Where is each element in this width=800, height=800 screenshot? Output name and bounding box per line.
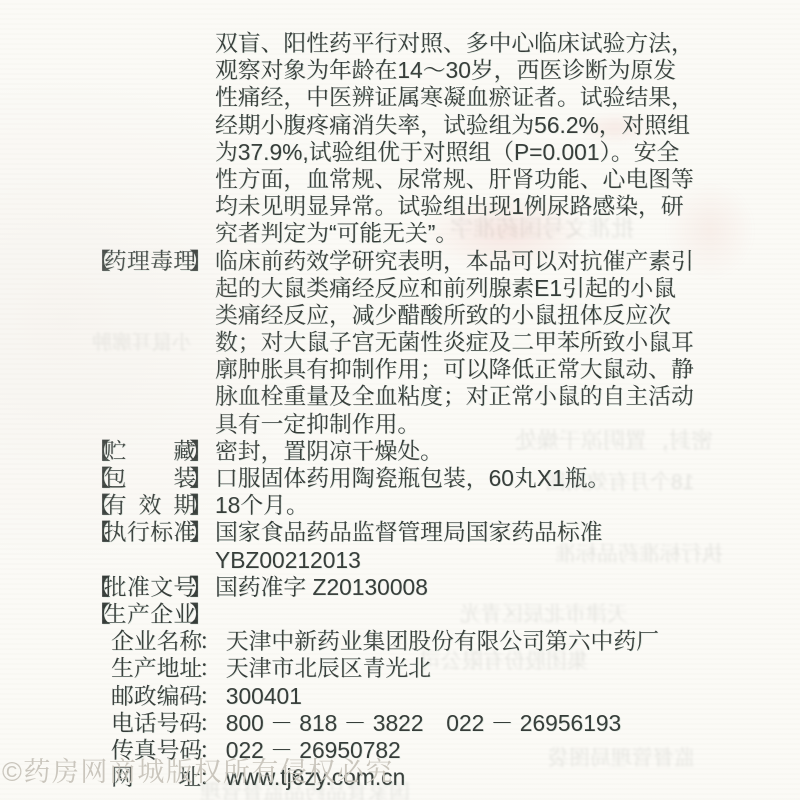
company-field-label: 企业名称 (111, 628, 201, 655)
company-field-label: 电话号码 (111, 710, 201, 737)
section-label-text: 贮藏 (103, 438, 197, 465)
section-label: 【贮藏】 (88, 438, 212, 465)
bracket-close: 】 (189, 438, 212, 465)
text-line: 口服固体药用陶瓷瓶包装，60丸X1瓶。 (215, 465, 610, 492)
bracket-close: 】 (189, 248, 212, 275)
label-char: 地 (157, 655, 180, 682)
company-field-row: 电话号码：800 － 818 － 3822 022 － 26956193 (0, 710, 800, 737)
section-row: 【执行标准】国家食品药品监督管理局国家药品标准YBZ00212013 (0, 519, 800, 573)
label-colon: ： (199, 683, 222, 710)
text-line: 临床前药效学研究表明，本品可以对抗催产素引 (215, 248, 694, 275)
label-char: 有 (104, 492, 127, 519)
label-colon: ： (199, 655, 222, 682)
label-char: 执 (104, 519, 127, 546)
label-colon: ： (199, 628, 222, 655)
section-label-text: 有效期 (103, 492, 197, 519)
company-field-value: 800 － 818 － 3822 022 － 26956193 (226, 710, 621, 737)
scanned-drug-insert-page: 批准文号国药准字密封，置阴凉干燥处18个月有效期图执行标准药品标准天津市北辰区青… (0, 0, 800, 800)
text-line: 具有一定抑制作用。 (215, 411, 694, 438)
section-content: 国药准字 Z20130008 (215, 574, 428, 601)
section-content: 国家食品药品监督管理局国家药品标准YBZ00212013 (215, 519, 603, 573)
text-line: 均未见明显异常。试验组出现1例尿路感染，研 (215, 193, 800, 220)
company-field-row: 企业名称：天津中新药业集团股份有限公司第六中药厂 (0, 628, 800, 655)
text-line: 经期小腹疼痛消失率，试验组为56.2%，对照组 (215, 112, 800, 139)
label-char: 名 (157, 628, 180, 655)
pharmacy-site-watermark: ©药房网商城版权所有侵权必究 (2, 750, 394, 789)
text-line: 究者判定为“可能无关”。 (215, 220, 800, 247)
company-field-value: 天津中新药业集团股份有限公司第六中药厂 (226, 628, 659, 655)
section-label: 【生产企业】 (88, 601, 212, 628)
text-line: 性痛经，中医辨证属寒凝血瘀证者。试验结果， (215, 84, 800, 111)
section-label-text: 药理毒理 (103, 248, 197, 275)
section-label-text: 包装 (103, 465, 197, 492)
label-char: 政 (134, 683, 157, 710)
company-field-value: 天津市北辰区青光北 (226, 655, 431, 682)
section-label: 【批准文号】 (88, 574, 212, 601)
section-content: 临床前药效学研究表明，本品可以对抗催产素引起的大鼠类痛经反应和前列腺素E1引起的… (215, 248, 694, 438)
company-field-value: 300401 (226, 683, 302, 710)
label-char: 产 (134, 655, 157, 682)
label-char: 效 (139, 492, 162, 519)
company-field-label: 邮政编码 (111, 683, 201, 710)
label-char: 企 (150, 601, 173, 628)
insert-text-block: 双盲、阳性药平行对照、多中心临床试验方法，观察对象为年龄在14～30岁，西医诊断… (0, 30, 800, 791)
text-line: 观察对象为年龄在14～30岁，西医诊断为原发 (215, 57, 800, 84)
text-line: 国药准字 Z20130008 (215, 574, 428, 601)
section-row: 【贮藏】密封，置阴凉干燥处。 (0, 438, 800, 465)
section-label: 【执行标准】 (88, 519, 212, 546)
label-char: 生 (111, 655, 134, 682)
bracket-close: 】 (189, 574, 212, 601)
text-line: 18个月。 (215, 492, 309, 519)
text-line: 国家食品药品监督管理局国家药品标准 (215, 519, 603, 546)
text-line: 起的大鼠类痛经反应和前列腺素E1引起的小鼠 (215, 275, 694, 302)
label-colon: ： (199, 710, 222, 737)
company-field-label: 生产地址 (111, 655, 201, 682)
text-line: 数；对大鼠子宫无菌性炎症及二甲苯所致小鼠耳 (215, 329, 694, 356)
label-char: 贮 (104, 438, 127, 465)
label-char: 文 (150, 574, 173, 601)
text-line: 廓肿胀具有抑制作用；可以降低正常大鼠动、静 (215, 356, 694, 383)
label-char: 准 (127, 574, 150, 601)
label-char: 理 (127, 248, 150, 275)
label-char: 邮 (111, 683, 134, 710)
section-label: 【包装】 (88, 465, 212, 492)
section-label-text: 批准文号 (103, 574, 197, 601)
label-char: 包 (104, 465, 127, 492)
section-label: 【有效期】 (88, 492, 212, 519)
label-char: 药 (104, 248, 127, 275)
label-char: 业 (134, 628, 157, 655)
bracket-close: 】 (189, 492, 212, 519)
section-content: 口服固体药用陶瓷瓶包装，60丸X1瓶。 (215, 465, 610, 492)
text-line: 类痛经反应，减少醋酸所致的小鼠扭体反应次 (215, 302, 694, 329)
label-char: 毒 (150, 248, 173, 275)
text-line: 性方面，血常规、尿常规、肝肾功能、心电图等 (215, 166, 800, 193)
clinical-trial-continuation-paragraph: 双盲、阳性药平行对照、多中心临床试验方法，观察对象为年龄在14～30岁，西医诊断… (0, 30, 800, 248)
bracket-close: 】 (189, 601, 212, 628)
section-row: 【有效期】18个月。 (0, 492, 800, 519)
label-char: 话 (134, 710, 157, 737)
label-char: 批 (104, 574, 127, 601)
bracket-close: 】 (189, 465, 212, 492)
label-char: 电 (111, 710, 134, 737)
label-char: 产 (127, 601, 150, 628)
section-row: 【包装】口服固体药用陶瓷瓶包装，60丸X1瓶。 (0, 465, 800, 492)
label-char: 生 (104, 601, 127, 628)
section-row: 【批准文号】国药准字 Z20130008 (0, 574, 800, 601)
label-char: 号 (157, 710, 180, 737)
section-content: 密封，置阴凉干燥处。 (215, 438, 443, 465)
bracket-close: 】 (189, 519, 212, 546)
section-label-text: 执行标准 (103, 519, 197, 546)
label-char: 标 (150, 519, 173, 546)
section-row: 【生产企业】 (0, 601, 800, 628)
company-field-row: 邮政编码：300401 (0, 683, 800, 710)
text-line: YBZ00212013 (215, 547, 603, 574)
label-char: 企 (111, 628, 134, 655)
section-label-text: 生产企业 (103, 601, 197, 628)
text-line: 密封，置阴凉干燥处。 (215, 438, 443, 465)
label-char: 编 (157, 683, 180, 710)
text-line: 脉血栓重量及全血粘度；对正常小鼠的自主活动 (215, 383, 694, 410)
section-content: 18个月。 (215, 492, 309, 519)
text-line: 双盲、阳性药平行对照、多中心临床试验方法， (215, 30, 800, 57)
text-line: 为37.9%,试验组优于对照组（P=0.001）。安全 (215, 139, 800, 166)
label-char: 行 (127, 519, 150, 546)
labeled-sections: 【药理毒理】临床前药效学研究表明，本品可以对抗催产素引起的大鼠类痛经反应和前列腺… (0, 248, 800, 629)
company-field-row: 生产地址：天津市北辰区青光北 (0, 655, 800, 682)
section-label: 【药理毒理】 (88, 248, 212, 275)
section-row: 【药理毒理】临床前药效学研究表明，本品可以对抗催产素引起的大鼠类痛经反应和前列腺… (0, 248, 800, 438)
